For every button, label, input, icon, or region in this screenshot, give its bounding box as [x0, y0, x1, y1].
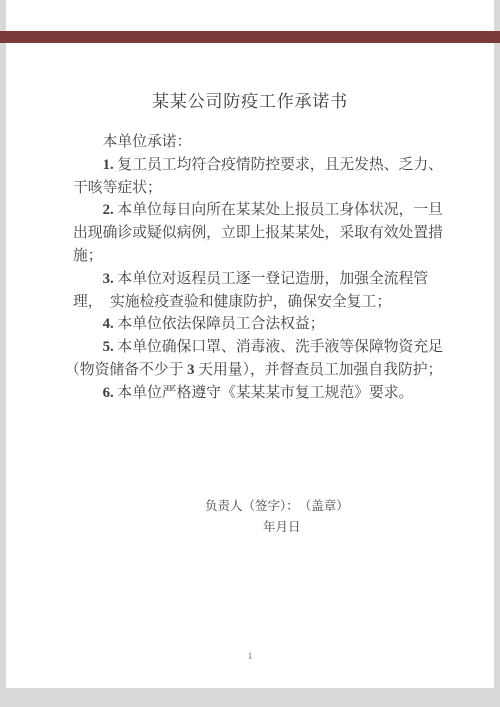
body-line-segment: 复工员工均符合疫情防控要求，且无发热、乏力、	[114, 157, 443, 173]
document-title: 某某公司防疫工作承诺书	[6, 87, 494, 112]
body-line-segment: 施；	[73, 248, 103, 264]
body-line: 干咳等症状；	[73, 177, 435, 200]
body-line-segment: 6.	[103, 385, 114, 401]
body-line-segment: 本单位每日向所在某某处上报员工身体状况，一旦	[114, 202, 443, 218]
body-line-segment: 本单位承诺：	[103, 134, 192, 150]
page-number: 1	[6, 651, 494, 661]
body-line-segment: 出现确诊或疑似病例，立即上报某某处，采取有效处置措	[73, 225, 443, 241]
body-line-segment: 2.	[103, 202, 114, 218]
viewer-background: 某某公司防疫工作承诺书 本单位承诺：1. 复工员工均符合疫情防控要求，且无发热、…	[0, 0, 500, 707]
body-line-segment: （物资储备不少于	[65, 362, 187, 378]
signature-block: 负责人（签字）： （盖章） 年月日	[6, 496, 494, 538]
site-banner-bar	[0, 31, 500, 43]
body-line: 6. 本单位严格遵守《某某某市复工规范》要求。	[73, 382, 435, 405]
body-line-segment: 本单位对返程员工逐一登记造册，加强全流程管	[114, 271, 428, 287]
body-line: 本单位承诺：	[73, 131, 435, 154]
body-line: 1. 复工员工均符合疫情防控要求，且无发热、乏力、	[73, 154, 435, 177]
body-line-segment: 3.	[103, 271, 114, 287]
body-line-segment: 5.	[103, 339, 114, 355]
body-line: 3. 本单位对返程员工逐一登记造册，加强全流程管	[73, 268, 435, 291]
body-line: 施；	[73, 245, 435, 268]
body-line: 5. 本单位确保口罩、消毒液、洗手液等保障物资充足	[73, 336, 435, 359]
body-line: 4. 本单位依法保障员工合法权益；	[73, 313, 435, 336]
signature-line: 负责人（签字）： （盖章）	[205, 496, 494, 517]
body-line-segment: 本单位依法保障员工合法权益；	[114, 316, 325, 332]
body-line-segment: 天用量），并督查员工加强自我防护；	[194, 362, 442, 378]
body-line: 出现确诊或疑似病例，立即上报某某处，采取有效处置措	[73, 222, 435, 245]
body-line-segment: 4.	[103, 316, 114, 332]
body-line: （物资储备不少于 3 天用量），并督查员工加强自我防护；	[65, 359, 435, 382]
body-line: 2. 本单位每日向所在某某处上报员工身体状况，一旦	[73, 199, 435, 222]
document-page: 某某公司防疫工作承诺书 本单位承诺：1. 复工员工均符合疫情防控要求，且无发热、…	[6, 0, 494, 688]
body-line-segment: 1.	[103, 157, 114, 173]
body-line-segment: 理， 实施检疫查验和健康防护，确保安全复工；	[73, 294, 391, 310]
body-line-segment: 干咳等症状；	[73, 180, 162, 196]
document-body: 本单位承诺：1. 复工员工均符合疫情防控要求，且无发热、乏力、干咳等症状；2. …	[73, 131, 435, 405]
body-line-segment: 本单位确保口罩、消毒液、洗手液等保障物资充足	[114, 339, 443, 355]
body-line-segment: 本单位严格遵守《某某某市复工规范》要求。	[114, 385, 414, 401]
body-line: 理， 实施检疫查验和健康防护，确保安全复工；	[73, 291, 435, 314]
date-line: 年月日	[263, 517, 494, 538]
